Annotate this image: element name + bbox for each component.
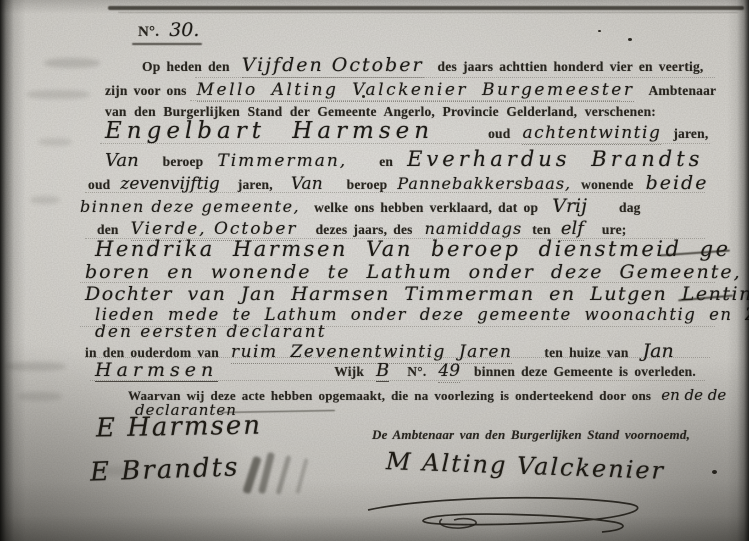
printed-text: zijn voor ons [105, 83, 187, 98]
line-declaration: binnen deze gemeente, welke ons hebben v… [80, 195, 641, 217]
printed-text: binnen deze Gemeente is overleden. [474, 364, 696, 379]
line-declarant-1: Engelbart Harmsen oud achtentwintig jare… [105, 118, 708, 144]
printed-text: ten huize van [544, 345, 628, 360]
top-rule-echo [118, 12, 738, 13]
printed-text: jaren, [238, 177, 273, 192]
handwritten-text: Van [291, 174, 323, 194]
line-official-name: zijn voor ons Mello Alting Valckenier Bu… [105, 80, 716, 100]
printed-text: ure; [602, 222, 627, 237]
act-number-label: N°. [138, 24, 159, 40]
handwritten-age1: achtentwintig [522, 123, 661, 145]
signature-flourish [362, 492, 662, 538]
line-death-date: den Vierde, October dezes jaars, des nam… [97, 218, 626, 239]
bleedthrough-mark [38, 138, 72, 146]
handwritten-text: beide [646, 172, 709, 194]
handwritten-occupation2: Pannebakkersbaas, [397, 174, 571, 193]
ink-smudge [295, 458, 308, 494]
printed-text: Op heden den [142, 59, 230, 74]
signature-official: M Alting Valckenier [386, 447, 666, 485]
printed-text: Ambtenaar [648, 83, 716, 98]
signature-witness-2: E Brandts [90, 452, 240, 487]
printed-text: ten [532, 222, 551, 237]
printed-text: oud [88, 177, 110, 192]
printed-text: in den ouderdom van [85, 345, 219, 360]
printed-text: oud [488, 126, 510, 141]
act-number: N°. 30. [138, 19, 199, 41]
printed-text: beroep [347, 177, 388, 192]
bleedthrough-mark [44, 58, 100, 68]
printed-text: dag [619, 200, 641, 215]
handwritten-text: Van [105, 150, 139, 171]
bleedthrough-mark [6, 362, 66, 371]
handwritten-deceased-name: Hendrika Harmsen Van beroep dienstmeid g… [95, 237, 731, 261]
printed-text: wonende [581, 177, 633, 192]
act-number-value: 30. [169, 19, 199, 41]
ink-speck [598, 30, 601, 32]
ink-speck [628, 38, 632, 41]
printed-text: N°. [407, 364, 426, 379]
handwritten-declarant2-name: Everhardus Brandts [407, 147, 703, 171]
printed-text: dezes jaars, des [316, 222, 413, 237]
line-declarant-2: Van beroep Timmerman, en Everhardus Bran… [105, 147, 703, 171]
act-number-underline [132, 43, 202, 45]
handwritten-text: en de de [661, 386, 726, 404]
official-title: De Ambtenaar van den Burgerlijken Stand … [372, 427, 690, 443]
ink-speck [712, 470, 717, 474]
handwritten-declarant1-name: Engelbart Harmsen [105, 118, 434, 144]
handwritten-weekday: Vrij [552, 195, 587, 217]
line-age-occupation-2: oud zevenvijftig jaren, Van beroep Panne… [88, 172, 708, 194]
line-death-address: Harmsen Wijk B N°. 49 binnen deze Gemeen… [95, 359, 696, 381]
bleedthrough-mark [26, 90, 90, 99]
handwritten-date: Vijfden October [242, 54, 424, 78]
death-certificate-scan: N°. 30. Op heden den Vijfden October des… [0, 0, 749, 541]
handwritten-official-name: Mello Alting Valckenier Burgemeester [197, 80, 635, 102]
ink-speck [362, 95, 365, 98]
handwritten-text: boren en wonende te Lathum onder deze Ge… [85, 261, 749, 283]
printed-text: en [379, 154, 393, 169]
top-rule [108, 6, 744, 10]
handwritten-age2: zevenvijftig [120, 174, 219, 194]
printed-text: den [97, 222, 119, 237]
line-relation: den eersten declarant [95, 322, 327, 342]
handwritten-daypart: namiddags [425, 219, 523, 238]
printed-text: des jaars achttien honderd vier en veert… [438, 59, 704, 74]
printed-text: van den Burgerlijken Stand der Gemeente … [105, 104, 656, 119]
handwritten-surname: Harmsen [95, 359, 218, 382]
line-parents: Dochter van Jan Harmsen Timmerman en Lut… [85, 283, 749, 305]
printed-text: jaren, [673, 126, 708, 141]
handwritten-house-number: 49 [438, 361, 460, 383]
handwritten-district: B [376, 360, 389, 382]
line-deceased-residence: boren en wonende te Lathum onder deze Ge… [85, 261, 749, 283]
signature-witness-1: E Harmsen [96, 411, 262, 444]
handwritten-parents: Dochter van Jan Harmsen Timmerman en Lut… [85, 283, 749, 305]
ink-smudge [276, 455, 292, 495]
printed-text: welke ons hebben verklaard, dat op [314, 200, 538, 215]
handwritten-text: binnen deze gemeente, [80, 197, 300, 216]
handwritten-text: den eersten declarant [95, 322, 327, 342]
line-date-opening: Op heden den Vijfden October des jaars a… [142, 54, 704, 78]
printed-text: Wijk [334, 364, 364, 379]
line-deceased-name: Hendrika Harmsen Van beroep dienstmeid g… [95, 237, 731, 261]
bleedthrough-mark [30, 196, 60, 204]
handwritten-occupation1: Timmerman, [217, 151, 347, 171]
printed-text: beroep [163, 154, 204, 169]
bleedthrough-mark [18, 392, 62, 401]
